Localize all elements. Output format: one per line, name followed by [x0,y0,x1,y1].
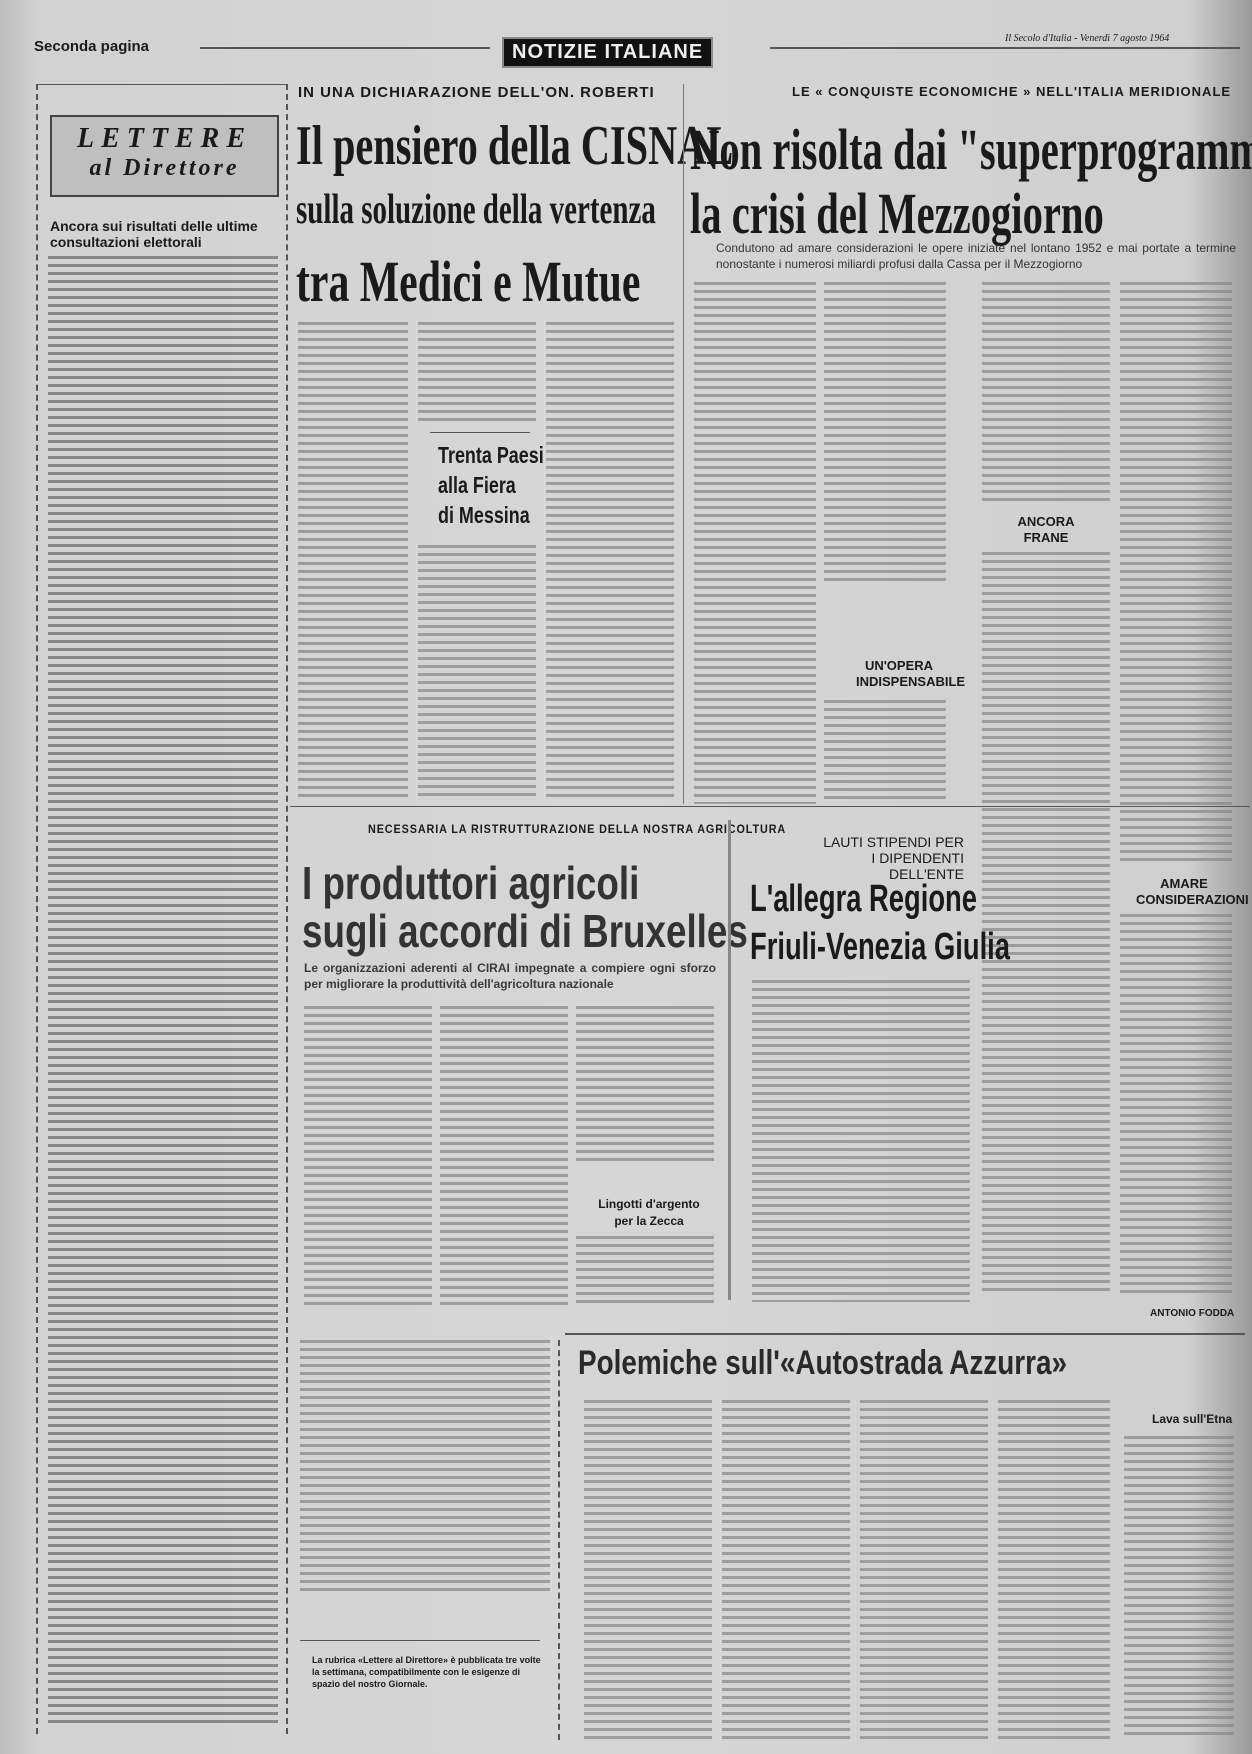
mezzogiorno-headline-1: Non risolta dai "superprogrammi" [690,116,1252,183]
letters-box-right-border [558,1340,560,1740]
mezzogiorno-col2b-text [824,700,946,804]
letters-title-box: LETTERE al Direttore [50,115,279,197]
cisnal-col1-text [298,322,408,802]
mezzogiorno-kicker: LE « CONQUISTE ECONOMICHE » NELL'ITALIA … [792,84,1231,99]
friuli-headline-1: L'allegra Regione [750,878,977,921]
letters-body-text [48,256,278,1726]
letters-border-right [286,84,288,1734]
masthead-rule-right [770,47,1240,49]
article-divider [728,820,731,1300]
mezzogiorno-deck: Condutono ad amare considerazioni le ope… [716,240,1236,272]
mezzogiorno-col2-text [824,282,946,582]
column-divider [683,84,684,804]
etna-title: Lava sull'Etna [1152,1412,1232,1426]
agricoltura-col1-text [304,1006,432,1306]
page-label: Seconda pagina [34,38,149,55]
friuli-kicker: LAUTI STIPENDI PER I DIPENDENTI DELL'ENT… [816,834,964,882]
autostrada-col3-text [860,1400,988,1740]
letters-footer-note: La rubrica «Lettere al Direttore» è pubb… [312,1654,544,1690]
letters-footer-rule [300,1640,540,1641]
agricoltura-headline-2: sugli accordi di Bruxelles [302,904,748,958]
cisnal-headline-3: tra Medici e Mutue [296,248,640,315]
letters-border-left [36,84,38,1734]
autostrada-rule [565,1333,1245,1335]
letters-first-heading: Ancora sui risultati delle ultime consul… [50,218,278,250]
friuli-headline-2: Friuli-Venezia Giulia [750,926,1010,969]
mezzogiorno-col1-text [694,282,816,804]
messina-headline-1: Trenta Paesi [438,440,544,470]
friuli-kicker-1: LAUTI STIPENDI PER [816,834,964,850]
agricoltura-headline-1: I produttori agricoli [302,856,639,910]
messina-headline-2: alla Fiera [438,470,544,500]
cisnal-headline-2: sulla soluzione della vertenza [296,186,656,234]
letters-border-top [36,84,286,85]
subhead-considerazioni: AMARE CONSIDERAZIONI [1136,876,1232,908]
cisnal-kicker: IN UNA DICHIARAZIONE DELL'ON. ROBERTI [298,84,655,101]
newspaper-page: Seconda pagina NOTIZIE ITALIANE Il Secol… [0,0,1252,1754]
dateline: Il Secolo d'Italia - Venerdì 7 agosto 19… [1005,33,1169,44]
friuli-text [752,980,970,1302]
messina-headline: Trenta Paesi alla Fiera di Messina [438,440,544,530]
agricoltura-col3-text [576,1006,714,1166]
section-title: NOTIZIE ITALIANE [502,37,713,68]
agricoltura-col2-text [440,1006,568,1306]
section-rule [290,806,1250,807]
messina-text [418,545,536,800]
letters-continued-text [300,1340,550,1595]
mezzogiorno-headline-2: la crisi del Mezzogiorno [690,180,1104,247]
mezzogiorno-col3b-text [982,552,1110,1292]
mezzogiorno-col4-text [1120,282,1232,862]
subhead-opera: UN'OPERA INDISPENSABILE [856,658,942,690]
zecca-title: Lingotti d'argento per la Zecca [594,1196,704,1230]
cisnal-col2-text [418,322,536,422]
autostrada-col2-text [722,1400,850,1740]
autostrada-col4-text [998,1400,1110,1740]
subhead-frane: ANCORA FRANE [1016,514,1076,546]
mezzogiorno-col4b-text [1120,914,1232,1294]
agricoltura-kicker: NECESSARIA LA RISTRUTTURAZIONE DELLA NOS… [368,822,786,836]
cisnal-headline-1: Il pensiero della CISNAL [296,114,733,178]
letters-title-line1: LETTERE [52,123,277,155]
autostrada-col1-text [584,1400,712,1740]
messina-headline-3: di Messina [438,500,544,530]
messina-rule [430,432,530,433]
autostrada-headline: Polemiche sull'«Autostrada Azzurra» [578,1344,1067,1383]
mezzogiorno-col3-text [982,282,1110,502]
zecca-text [576,1236,714,1306]
masthead-rule-left [200,47,490,49]
letters-title-line2: al Direttore [52,155,277,182]
etna-text [1124,1436,1234,1736]
cisnal-col3-text [546,322,674,800]
agricoltura-deck: Le organizzazioni aderenti al CIRAI impe… [304,960,716,992]
byline: ANTONIO FODDA [1150,1308,1234,1319]
